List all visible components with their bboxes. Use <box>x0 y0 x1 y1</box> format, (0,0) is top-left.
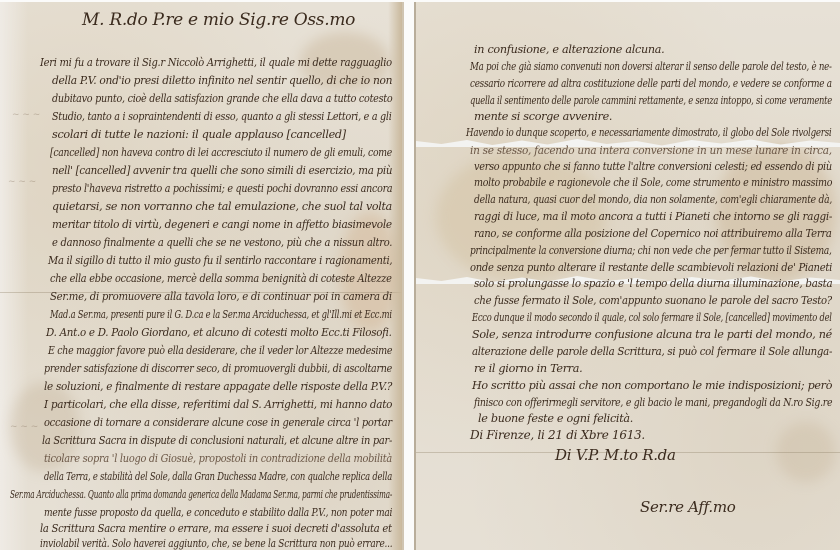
text-line: onde senza punto alterare il restante de… <box>470 261 832 274</box>
salutation: M. R.do P.re e mio Sig.re Oss.mo <box>82 10 355 30</box>
text-line: e dannoso finalmente a quelli che se ne … <box>52 236 392 249</box>
text-line: Sole, senza introdurre confusione alcuna… <box>472 328 832 341</box>
closing-line: Di V.P. M.to R.da <box>555 446 676 464</box>
text-line: che fusse fermato il Sole, com'appunto s… <box>474 294 832 307</box>
text-line: raggi di luce, ma il moto ancora a tutti… <box>474 210 832 223</box>
text-line: mente fusse proposto da quella, e conced… <box>44 506 392 519</box>
text-line: verso appunto che si fanno tutte l'altre… <box>474 160 832 173</box>
text-line: ticolare sopra 'l luogo di Giosuè, propo… <box>44 452 392 465</box>
text-line: inviolabil verità. Solo haverei aggiunto… <box>40 537 392 550</box>
dateline: Di Firenze, li 21 di Xbre 1613. <box>470 428 645 442</box>
text-line: Ma poi che già siamo convenuti non dover… <box>470 60 832 73</box>
bleed-through-text: ~ ~ ~ <box>8 177 36 187</box>
text-line: re il giorno in Terra. <box>474 362 582 375</box>
text-line: Havendo io dunque scoperto, e necessaria… <box>466 126 831 139</box>
text-line: presto l'haveva ristretto a pochissimi; … <box>52 182 392 195</box>
signature: Ser.re Aff.mo <box>640 498 736 516</box>
text-line: cessario ricorrere ad altra costituzione… <box>470 77 832 90</box>
text-line: [cancelled] non haveva contro di lei acc… <box>50 146 392 159</box>
text-line: alterazione delle parole della Scrittura… <box>472 345 832 358</box>
text-line: principalmente la conversione diurna; ch… <box>470 244 832 257</box>
text-line: meritar titolo di virtù, degeneri e cang… <box>52 218 392 231</box>
text-line: rano, se conforme alla posizione del Cop… <box>474 227 832 240</box>
text-line: Ieri mi fu a trovare il Sig.r Niccolò Ar… <box>40 56 392 69</box>
text-line: in confusione, e alterazione alcuna. <box>474 43 664 56</box>
text-line: la Scrittura Sacra in dispute di conclus… <box>42 434 392 447</box>
text-line: occasione di tornare a considerare alcun… <box>44 416 392 429</box>
text-line: nell' [cancelled] avvenir tra quelli che… <box>52 164 392 177</box>
text-line: prender satisfazione di discorrer seco, … <box>44 362 392 375</box>
text-line: che ella ebbe occasione, mercè della som… <box>50 272 392 285</box>
text-line: della Terra, e stabilità del Sole, dalla… <box>44 470 392 483</box>
text-line: molto probabile e ragionevole che il Sol… <box>474 176 832 189</box>
text-line: E che maggior favore può ella desiderare… <box>48 344 392 357</box>
text-line: mente si scorge avvenire. <box>474 110 612 123</box>
text-line: della P.V. ond'io presi diletto infinito… <box>52 74 392 87</box>
text-line: D. Ant.o e D. Paolo Giordano, et alcuno … <box>46 326 392 339</box>
text-line: Mad.a Ser.ma, presenti pure il G. D.ca e… <box>50 308 392 321</box>
text-line: della natura, quasi cuor del mondo, dia … <box>474 193 832 206</box>
text-line: Studio, tanto a i sopraintendenti di ess… <box>52 110 392 123</box>
text-line: scolari di tutte le nazioni: il quale ap… <box>52 128 346 141</box>
text-line: Ser.ma Arciduchessa. Quanto alla prima d… <box>10 488 392 501</box>
text-line: le buone feste e ogni felicità. <box>478 412 633 425</box>
bleed-through-text: ~ ~ ~ <box>10 422 38 432</box>
text-line: finisco con offerirmegli servitore, e gl… <box>474 396 832 409</box>
text-line: Ma il sigillo di tutto il mio gusto fu i… <box>48 254 392 267</box>
text-line: I particolari, che ella disse, referitim… <box>44 398 392 411</box>
bleed-through-text: ~ ~ ~ <box>12 110 40 120</box>
text-line: Ho scritto più assai che non comportano … <box>472 379 832 392</box>
text-line: quietarsi, se non vorranno che tal emula… <box>52 200 392 213</box>
manuscript-spread: ~ ~ ~ ~ ~ ~ ~ ~ ~ M. R.do P.re e mio Sig… <box>0 0 840 550</box>
text-line: Ecco dunque il modo secondo il quale, co… <box>472 311 832 324</box>
text-line: Ser.me, di promuovere alla tavola loro, … <box>50 290 392 303</box>
text-line: la Scrittura Sacra mentire o errare, ma … <box>40 522 392 535</box>
text-line: solo si prolungasse lo spazio e 'l tempo… <box>474 277 832 290</box>
text-line: le soluzioni, e finalmente di restare ap… <box>44 380 392 393</box>
text-line: quella il sentimento delle parole cammin… <box>470 94 832 107</box>
text-line: dubitavo punto, cioè della satisfazion g… <box>52 92 392 105</box>
text-line: in se stesso, facendo una intera convers… <box>470 144 832 157</box>
